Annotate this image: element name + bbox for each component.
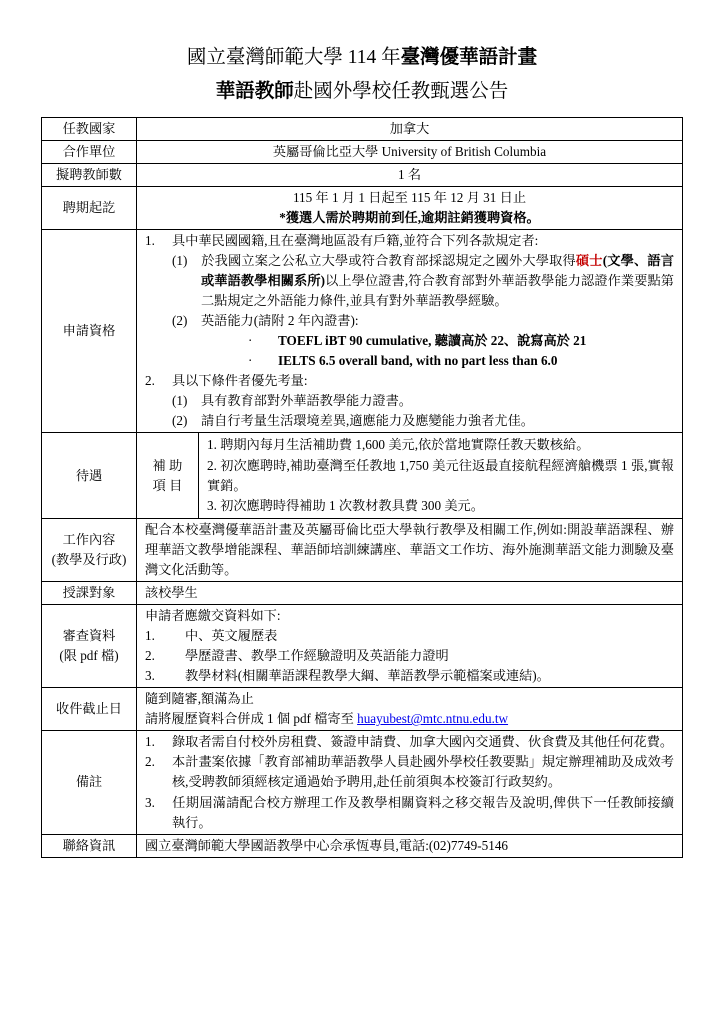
- deadline-submission: 請將履歷資料合併成 1 個 pdf 檔寄至 huayubest@mtc.ntnu…: [145, 709, 674, 729]
- bullet-icon: ·: [248, 331, 278, 351]
- note-item: 1.錄取者需自付校外房租費、簽證申請費、加拿大國內交通費、伙食費及其他任何花費。: [145, 732, 674, 752]
- table-row-country: 任教國家 加拿大: [42, 117, 683, 140]
- qualification-item-2: 2.具以下條件者優先考量:: [145, 371, 674, 391]
- notes-label: 備註: [42, 731, 137, 834]
- qualification-label: 申請資格: [42, 229, 137, 433]
- page-title: 國立臺灣師範大學 114 年臺灣優華語計畫: [0, 44, 724, 72]
- benefit-item: 2. 初次應聘時,補助臺灣至任教地 1,750 美元往返最直接航程經濟艙機票 1…: [207, 456, 674, 496]
- partner-value: 英屬哥倫比亞大學 University of British Columbia: [137, 140, 683, 163]
- announcement-page: 國立臺灣師範大學 114 年臺灣優華語計畫 華語教師赴國外學校任教甄選公告 任教…: [0, 0, 724, 1024]
- headcount-value: 1 名: [137, 163, 683, 186]
- table-row-duties: 工作內容 (教學及行政) 配合本校臺灣優華語計畫及英屬哥倫比亞大學執行教學及相關…: [42, 518, 683, 581]
- bullet-icon: ·: [248, 351, 278, 371]
- toefl-requirement: ·TOEFL iBT 90 cumulative, 聽讀高於 22、說寫高於 2…: [145, 331, 674, 351]
- qualification-item-2-1: (1)具有教育部對外華語教學能力證書。: [145, 391, 674, 411]
- benefits-sublabel: 補 助 項 目: [137, 433, 199, 517]
- deadline-label: 收件截止日: [42, 688, 137, 731]
- email-link[interactable]: huayubest@mtc.ntnu.edu.tw: [357, 711, 508, 726]
- period-warning: *獲選人需於聘期前到任,逾期註銷獲聘資格。: [145, 208, 674, 228]
- qualification-item-2-2: (2)請自行考量生活環境差異,適應能力及應變能力強者尤佳。: [145, 411, 674, 431]
- notes-content: 1.錄取者需自付校外房租費、簽證申請費、加拿大國內交通費、伙食費及其他任何花費。…: [137, 731, 683, 834]
- table-row-period: 聘期起訖 115 年 1 月 1 日起至 115 年 12 月 31 日止 *獲…: [42, 186, 683, 229]
- benefits-items: 1. 聘期內每月生活補助費 1,600 美元,依於當地實際任教天數核給。 2. …: [199, 433, 682, 517]
- note-item: 3.任期屆滿請配合校方辦理工作及教學相關資料之移交報告及說明,俾供下一任教師接續…: [145, 793, 674, 833]
- table-row-partner: 合作單位 英屬哥倫比亞大學 University of British Colu…: [42, 140, 683, 163]
- table-row-qualification: 申請資格 1.具中華民國國籍,且在臺灣地區設有戶籍,並符合下列各款規定者: (1…: [42, 229, 683, 433]
- table-row-notes: 備註 1.錄取者需自付校外房租費、簽證申請費、加拿大國內交通費、伙食費及其他任何…: [42, 731, 683, 834]
- note-item: 2.本計畫案依據「教育部補助華語教學人員赴國外學校任教要點」規定辦理補助及成效考…: [145, 752, 674, 792]
- table-row-benefits: 待遇 補 助 項 目 1. 聘期內每月生活補助費 1,600 美元,依於當地實際…: [42, 433, 683, 518]
- page-subtitle: 華語教師赴國外學校任教甄選公告: [0, 78, 724, 106]
- students-value: 該校學生: [137, 581, 683, 604]
- documents-content: 申請者應繳交資料如下: 1.中、英文履歷表 2.學歷證書、教學工作經驗證明及英語…: [137, 604, 683, 687]
- qualification-item-1-1: (1)於我國立案之公私立大學或符合教育部採認規定之國外大學取得碩士(文學、語言或…: [145, 251, 674, 311]
- students-label: 授課對象: [42, 581, 137, 604]
- benefits-label: 待遇: [42, 433, 137, 518]
- ielts-requirement: ·IELTS 6.5 overall band, with no part le…: [145, 351, 674, 371]
- subtitle-regular: 赴國外學校任教甄選公告: [294, 81, 509, 102]
- benefit-item: 1. 聘期內每月生活補助費 1,600 美元,依於當地實際任教天數核給。: [207, 435, 674, 455]
- qualification-item-1-2: (2)英語能力(請附 2 年內證書):: [145, 311, 674, 331]
- partner-label: 合作單位: [42, 140, 137, 163]
- title-regular: 國立臺灣師範大學 114 年: [187, 47, 401, 68]
- country-value: 加拿大: [137, 117, 683, 140]
- deadline-content: 隨到隨審,額滿為止 請將履歷資料合併成 1 個 pdf 檔寄至 huayubes…: [137, 688, 683, 731]
- headcount-label: 擬聘教師數: [42, 163, 137, 186]
- documents-label: 審查資料 (限 pdf 檔): [42, 604, 137, 687]
- document-item: 3.教學材料(相關華語課程教學大綱、華語教學示範檔案或連結)。: [145, 666, 674, 686]
- subtitle-bold: 華語教師: [216, 81, 294, 102]
- document-item: 1.中、英文履歷表: [145, 626, 674, 646]
- period-label: 聘期起訖: [42, 186, 137, 229]
- table-row-contact: 聯絡資訊 國立臺灣師範大學國語教學中心佘承恆專員,電話:(02)7749-514…: [42, 834, 683, 857]
- qualification-content: 1.具中華民國國籍,且在臺灣地區設有戶籍,並符合下列各款規定者: (1)於我國立…: [137, 229, 683, 433]
- degree-requirement-highlight: 碩士: [576, 253, 603, 268]
- contact-value: 國立臺灣師範大學國語教學中心佘承恆專員,電話:(02)7749-5146: [137, 834, 683, 857]
- period-value: 115 年 1 月 1 日起至 115 年 12 月 31 日止 *獲選人需於聘…: [137, 186, 683, 229]
- benefits-content: 補 助 項 目 1. 聘期內每月生活補助費 1,600 美元,依於當地實際任教天…: [137, 433, 683, 518]
- period-dates: 115 年 1 月 1 日起至 115 年 12 月 31 日止: [145, 188, 674, 208]
- contact-label: 聯絡資訊: [42, 834, 137, 857]
- announcement-table: 任教國家 加拿大 合作單位 英屬哥倫比亞大學 University of Bri…: [41, 117, 683, 858]
- country-label: 任教國家: [42, 117, 137, 140]
- page-header: 國立臺灣師範大學 114 年臺灣優華語計畫 華語教師赴國外學校任教甄選公告: [0, 0, 724, 107]
- duties-value: 配合本校臺灣優華語計畫及英屬哥倫比亞大學執行教學及相關工作,例如:開設華語課程、…: [137, 518, 683, 581]
- documents-intro: 申請者應繳交資料如下:: [145, 606, 674, 626]
- table-row-headcount: 擬聘教師數 1 名: [42, 163, 683, 186]
- qualification-item-1: 1.具中華民國國籍,且在臺灣地區設有戶籍,並符合下列各款規定者:: [145, 231, 674, 251]
- document-item: 2.學歷證書、教學工作經驗證明及英語能力證明: [145, 646, 674, 666]
- benefit-item: 3. 初次應聘時得補助 1 次教材教具費 300 美元。: [207, 496, 674, 516]
- table-row-documents: 審查資料 (限 pdf 檔) 申請者應繳交資料如下: 1.中、英文履歷表 2.學…: [42, 604, 683, 687]
- title-bold: 臺灣優華語計畫: [401, 47, 538, 68]
- duties-label: 工作內容 (教學及行政): [42, 518, 137, 581]
- table-row-students: 授課對象 該校學生: [42, 581, 683, 604]
- table-row-deadline: 收件截止日 隨到隨審,額滿為止 請將履歷資料合併成 1 個 pdf 檔寄至 hu…: [42, 688, 683, 731]
- deadline-policy: 隨到隨審,額滿為止: [145, 689, 674, 709]
